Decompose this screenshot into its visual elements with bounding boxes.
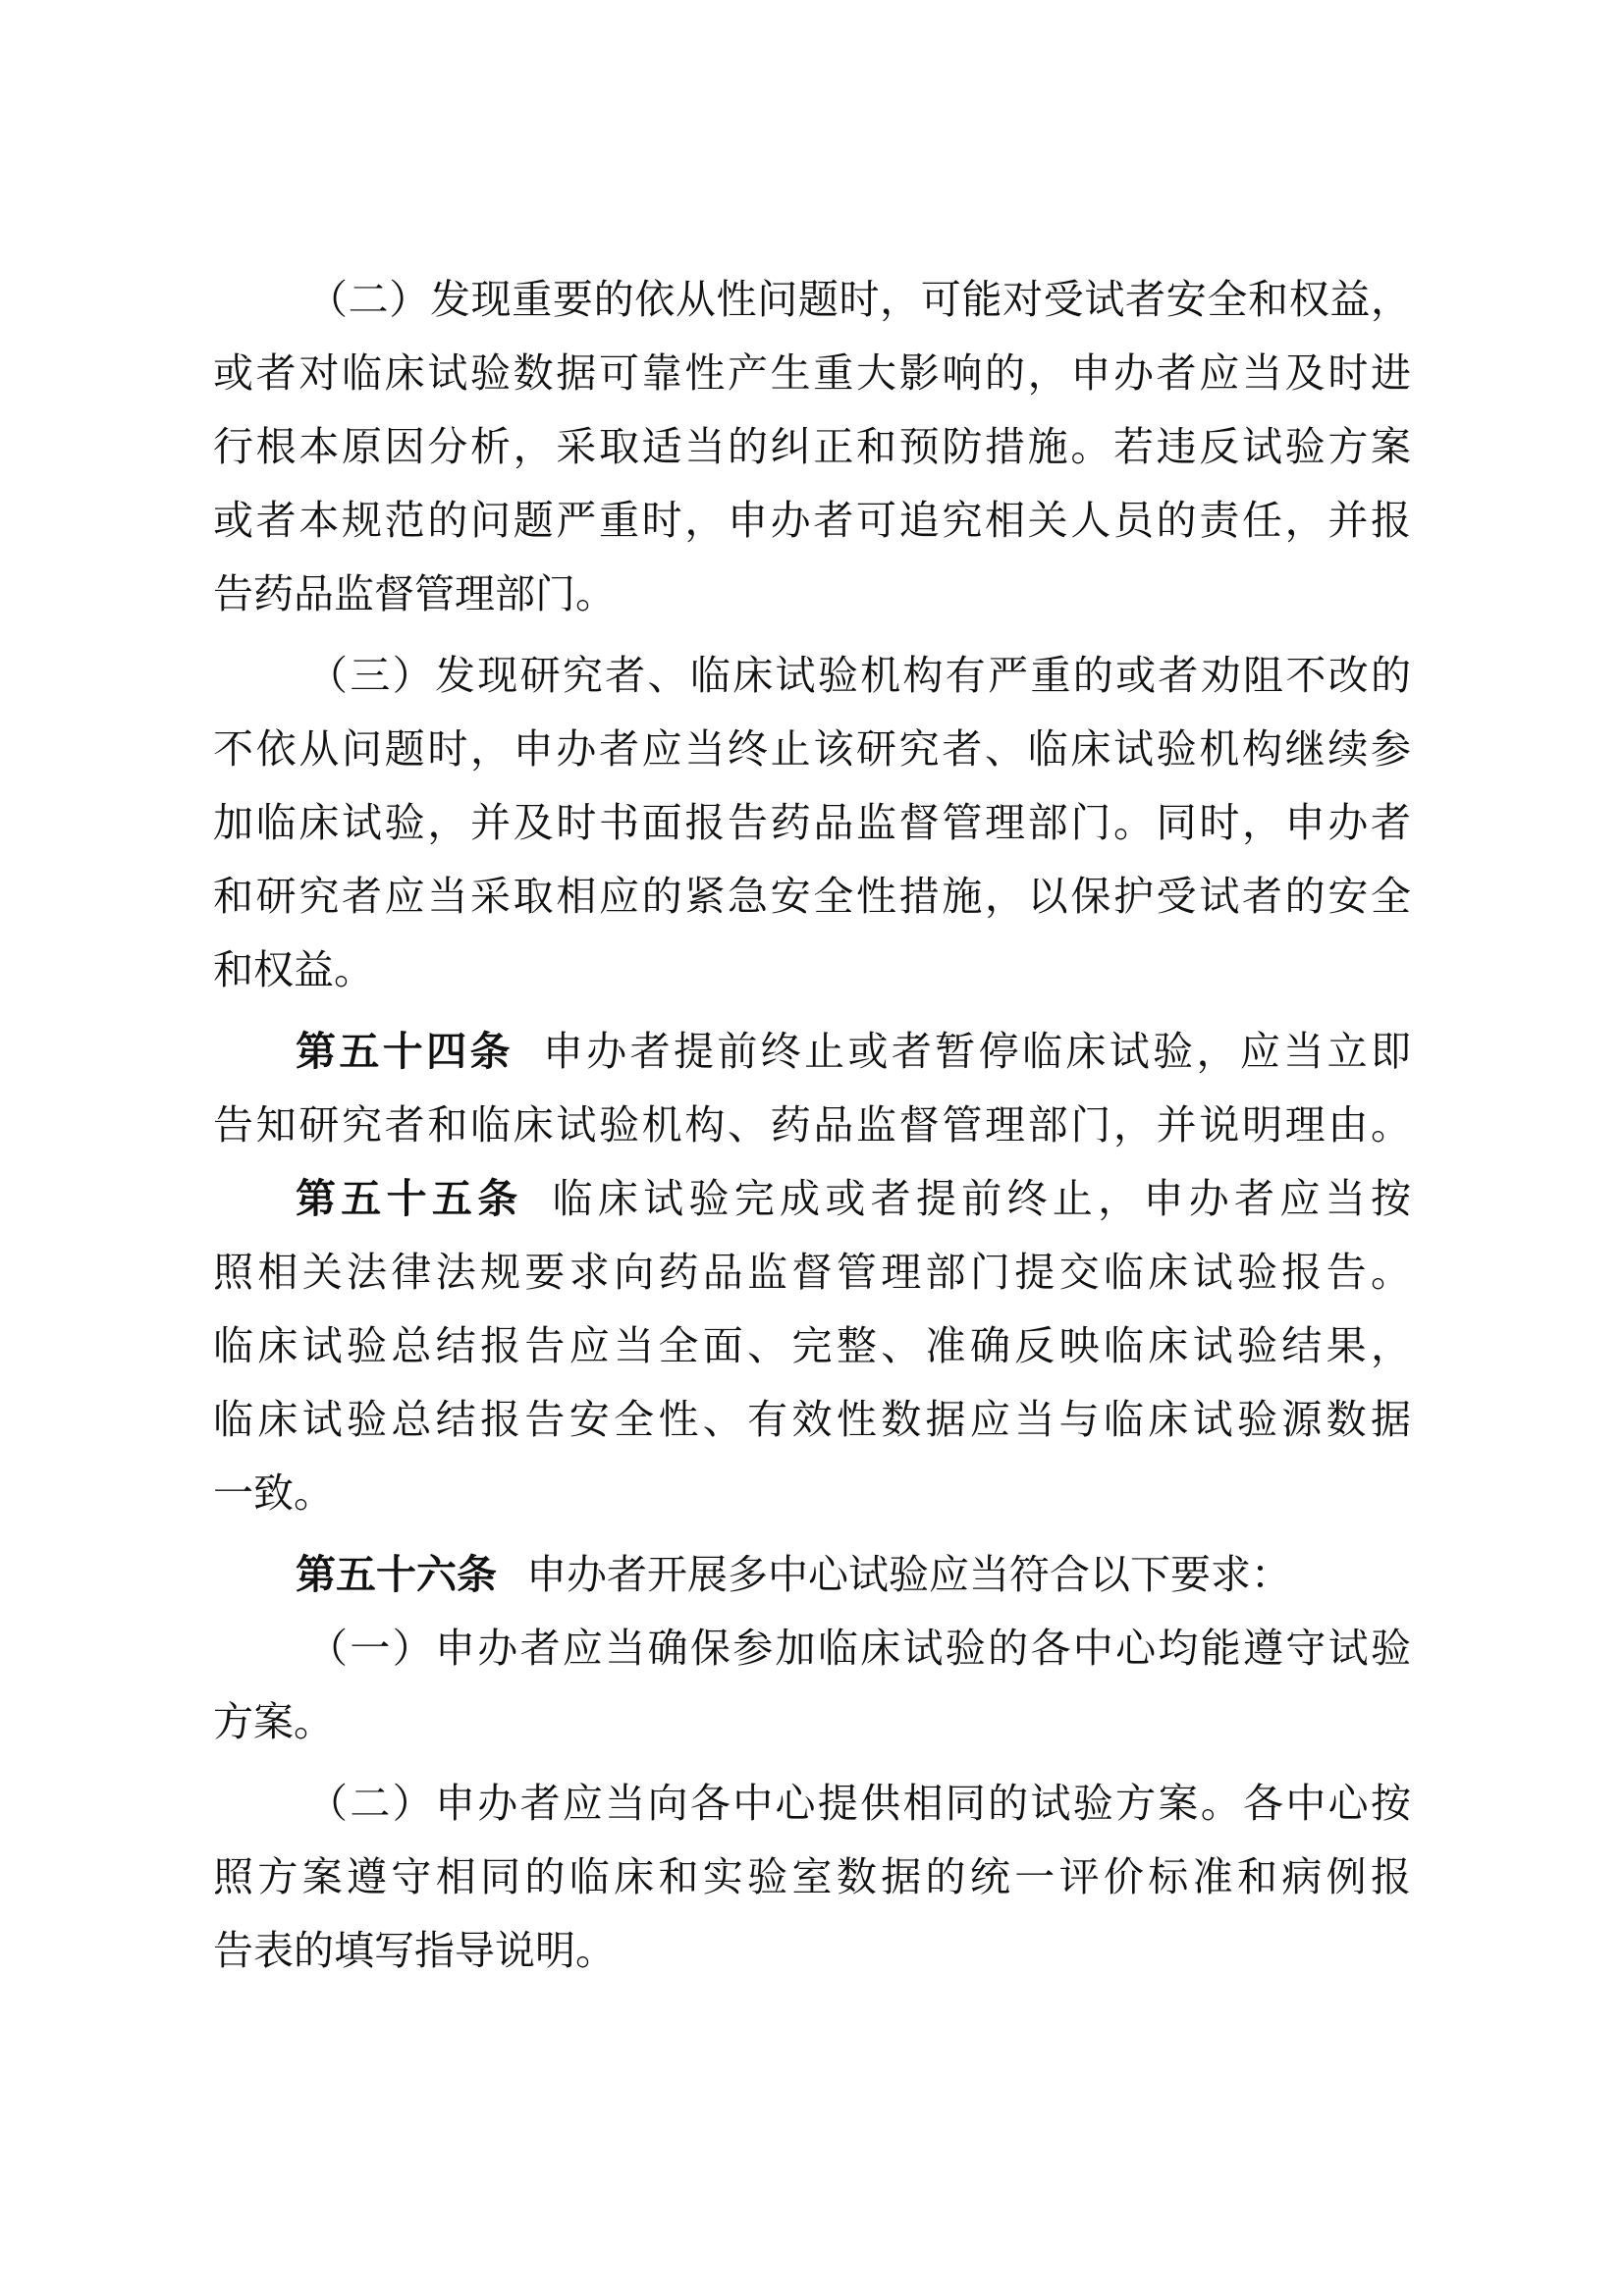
text-line: 照相关法律法规要求向药品监督管理部门提交临床试验报告。	[213, 1236, 1411, 1309]
text-line: 加临床试验，并及时书面报告药品监督管理部门。同时，申办者	[213, 786, 1411, 860]
text-line: 方案。	[213, 1685, 1411, 1759]
article-title: 第五十四条	[296, 1028, 514, 1075]
article-56: 第五十六条申办者开展多中心试验应当符合以下要求：	[213, 1538, 1411, 1612]
text-line: 告药品监督管理部门。	[213, 558, 1411, 631]
paragraph-item-2-same-protocol: （二）申办者应当向各中心提供相同的试验方案。各中心按 照方案遵守相同的临床和实验…	[213, 1767, 1411, 1988]
text-line: 第五十四条申办者提前终止或者暂停临床试验，应当立即	[213, 1015, 1411, 1089]
text-line: （二）申办者应当向各中心提供相同的试验方案。各中心按	[213, 1767, 1411, 1841]
text-line: （二）发现重要的依从性问题时，可能对受试者安全和权益，	[213, 263, 1411, 337]
article-text: 申办者开展多中心试验应当符合以下要求：	[526, 1551, 1291, 1598]
text-line: （三）发现研究者、临床试验机构有严重的或者劝阻不改的	[213, 639, 1411, 713]
text-line: 临床试验总结报告安全性、有效性数据应当与临床试验源数据	[213, 1383, 1411, 1457]
article-55: 第五十五条临床试验完成或者提前终止，申办者应当按 照相关法律法规要求向药品监督管…	[213, 1162, 1411, 1530]
text-line: 一致。	[213, 1457, 1411, 1530]
article-text: 申办者提前终止或者暂停临床试验，应当立即	[543, 1028, 1411, 1075]
text-line: 照方案遵守相同的临床和实验室数据的统一评价标准和病例报	[213, 1841, 1411, 1914]
article-title: 第五十五条	[296, 1175, 523, 1222]
text-line: 第五十五条临床试验完成或者提前终止，申办者应当按	[213, 1162, 1411, 1236]
text-line: 或者对临床试验数据可靠性产生重大影响的，申办者应当及时进	[213, 337, 1411, 410]
text-line: 不依从问题时，申办者应当终止该研究者、临床试验机构继续参	[213, 713, 1411, 786]
text-line: 行根本原因分析，采取适当的纠正和预防措施。若违反试验方案	[213, 410, 1411, 484]
text-line: 告表的填写指导说明。	[213, 1914, 1411, 1988]
document-page: （二）发现重要的依从性问题时，可能对受试者安全和权益， 或者对临床试验数据可靠性…	[213, 263, 1411, 1988]
paragraph-item-3-noncompliance: （三）发现研究者、临床试验机构有严重的或者劝阻不改的 不依从问题时，申办者应当终…	[213, 639, 1411, 1007]
article-text: 临床试验完成或者提前终止，申办者应当按	[553, 1175, 1411, 1222]
text-line: 第五十六条申办者开展多中心试验应当符合以下要求：	[213, 1538, 1411, 1612]
article-54: 第五十四条申办者提前终止或者暂停临床试验，应当立即 告知研究者和临床试验机构、药…	[213, 1015, 1411, 1162]
paragraph-item-1-protocol: （一）申办者应当确保参加临床试验的各中心均能遵守试验 方案。	[213, 1612, 1411, 1759]
text-line: 和权益。	[213, 934, 1411, 1007]
text-line: （一）申办者应当确保参加临床试验的各中心均能遵守试验	[213, 1612, 1411, 1685]
text-line: 和研究者应当采取相应的紧急安全性措施，以保护受试者的安全	[213, 860, 1411, 934]
text-line: 临床试验总结报告应当全面、完整、准确反映临床试验结果，	[213, 1309, 1411, 1383]
text-line: 告知研究者和临床试验机构、药品监督管理部门，并说明理由。	[213, 1089, 1411, 1162]
paragraph-item-2-compliance: （二）发现重要的依从性问题时，可能对受试者安全和权益， 或者对临床试验数据可靠性…	[213, 263, 1411, 631]
text-line: 或者本规范的问题严重时，申办者可追究相关人员的责任，并报	[213, 484, 1411, 558]
article-title: 第五十六条	[296, 1551, 497, 1598]
